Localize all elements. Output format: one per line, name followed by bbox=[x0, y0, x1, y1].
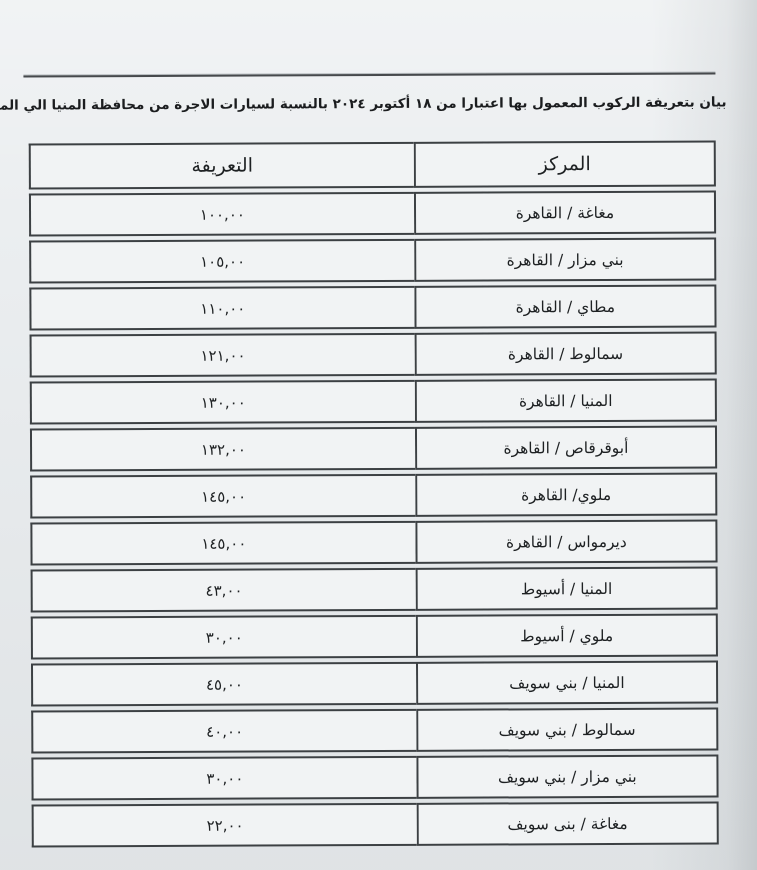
center-cell: المنيا / بني سويف bbox=[416, 661, 718, 705]
table-row: المنيا / أسيوط ٤٣,٠٠ bbox=[31, 567, 718, 613]
tariff-cell: ٤٠,٠٠ bbox=[31, 709, 416, 754]
table-row: المنيا / بني سويف ٤٥,٠٠ bbox=[31, 661, 718, 707]
tariff-cell: ١٤٥,٠٠ bbox=[30, 521, 415, 566]
document-heading: بيان بتعريفة الركوب المعمول بها اعتبارا … bbox=[32, 94, 727, 113]
tariff-cell: ٤٣,٠٠ bbox=[31, 568, 416, 613]
tariff-cell: ١٣٢,٠٠ bbox=[30, 427, 415, 472]
table-row: أبوقرقاص / القاهرة ١٣٢,٠٠ bbox=[30, 426, 717, 472]
fare-table: المركز التعريفة مغاغة / القاهرة ١٠٠,٠٠ ب… bbox=[29, 137, 719, 852]
table-row: ملوي/ القاهرة ١٤٥,٠٠ bbox=[30, 473, 717, 519]
center-cell: مطاي / القاهرة bbox=[414, 285, 716, 329]
tariff-cell: ١٤٥,٠٠ bbox=[30, 474, 415, 519]
tariff-cell: ٣٠,٠٠ bbox=[31, 615, 416, 660]
center-cell: المنيا / أسيوط bbox=[415, 567, 717, 611]
center-cell: ملوي/ القاهرة bbox=[415, 473, 717, 517]
table-row: مغاغة / بنى سويف ٢٢,٠٠ bbox=[32, 802, 719, 848]
tariff-cell: ١٣٠,٠٠ bbox=[30, 380, 415, 425]
table-row: ديرمواس / القاهرة ١٤٥,٠٠ bbox=[30, 520, 717, 566]
tariff-cell: ٣٠,٠٠ bbox=[31, 756, 416, 801]
table-row: بني مزار / القاهرة ١٠٥,٠٠ bbox=[29, 238, 716, 284]
center-cell: سمالوط / بني سويف bbox=[416, 708, 718, 752]
tariff-cell: ٤٥,٠٠ bbox=[31, 662, 416, 707]
table-row: ملوي / أسيوط ٣٠,٠٠ bbox=[31, 614, 718, 660]
tariff-cell: ١٢١,٠٠ bbox=[30, 333, 415, 378]
table-row: سمالوط / القاهرة ١٢١,٠٠ bbox=[30, 332, 717, 378]
center-cell: سمالوط / القاهرة bbox=[414, 332, 716, 376]
document-heading-text: بيان بتعريفة الركوب المعمول بها اعتبارا … bbox=[0, 94, 727, 113]
column-header-center: المركز bbox=[413, 141, 715, 188]
center-cell: مغاغة / القاهرة bbox=[414, 191, 716, 235]
fare-table-header: المركز التعريفة bbox=[29, 141, 716, 190]
table-row: المنيا / القاهرة ١٣٠,٠٠ bbox=[30, 379, 717, 425]
center-cell: المنيا / القاهرة bbox=[414, 379, 716, 423]
header-row: المركز التعريفة bbox=[29, 141, 716, 190]
tariff-cell: ١١٠,٠٠ bbox=[29, 286, 414, 331]
table-row: مطاي / القاهرة ١١٠,٠٠ bbox=[29, 285, 716, 331]
table-row: مغاغة / القاهرة ١٠٠,٠٠ bbox=[29, 191, 716, 237]
tariff-cell: ٢٢,٠٠ bbox=[32, 803, 417, 848]
center-cell: بني مزار / القاهرة bbox=[414, 238, 716, 282]
table-row: بني مزار / بني سويف ٣٠,٠٠ bbox=[31, 755, 718, 801]
horizontal-rule bbox=[23, 73, 715, 78]
center-cell: ملوي / أسيوط bbox=[416, 614, 718, 658]
tariff-cell: ١٠٠,٠٠ bbox=[29, 192, 414, 237]
table-row: سمالوط / بني سويف ٤٠,٠٠ bbox=[31, 708, 718, 754]
center-cell: بني مزار / بني سويف bbox=[416, 755, 718, 799]
center-cell: أبوقرقاص / القاهرة bbox=[415, 426, 717, 470]
fare-table-body: مغاغة / القاهرة ١٠٠,٠٠ بني مزار / القاهر… bbox=[29, 191, 719, 848]
column-header-tariff: التعريفة bbox=[29, 142, 414, 190]
center-cell: ديرمواس / القاهرة bbox=[415, 520, 717, 564]
tariff-cell: ١٠٥,٠٠ bbox=[29, 239, 414, 284]
scanned-document-page: بيان بتعريفة الركوب المعمول بها اعتبارا … bbox=[0, 0, 757, 870]
center-cell: مغاغة / بنى سويف bbox=[416, 802, 718, 846]
